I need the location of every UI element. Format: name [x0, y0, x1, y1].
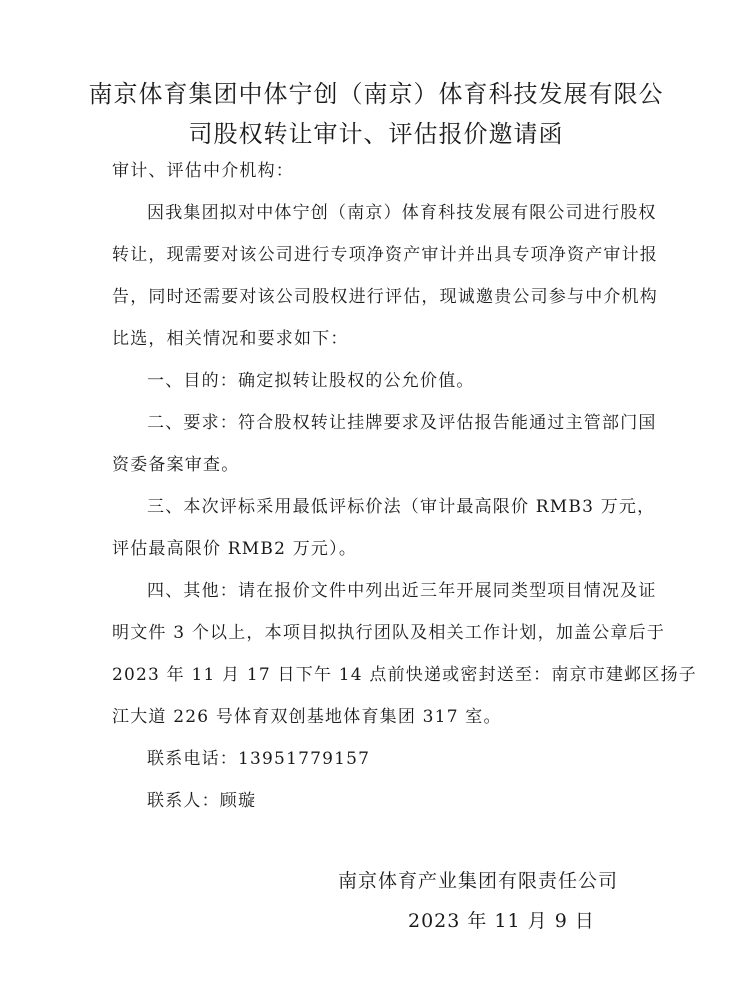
signature-organization: 南京体育产业集团有限责任公司	[338, 866, 618, 893]
intro-line-4: 比选，相关情况和要求如下：	[112, 324, 349, 349]
intro-line-3: 告，同时还需要对该公司股权进行评估，现诚邀贵公司参与中介机构	[112, 282, 658, 307]
document-title-line-1: 南京体育集团中体宁创（南京）体育科技发展有限公	[0, 74, 752, 109]
item-1-purpose: 一、目的：确定拟转让股权的公允价值。	[147, 366, 475, 391]
item-4-other-line-2: 明文件 3 个以上，本项目拟执行团队及相关工作计划，加盖公章后于	[112, 618, 665, 643]
salutation: 审计、评估中介机构：	[112, 156, 294, 181]
item-3-evaluation-line-1: 三、本次评标采用最低评标价法（审计最高限价 RMB3 万元，	[147, 492, 655, 517]
signature-date: 2023 年 11 月 9 日	[408, 906, 595, 933]
contact-person: 联系人：顾璇	[147, 786, 256, 811]
document-title-line-2: 司股权转让审计、评估报价邀请函	[0, 114, 752, 149]
item-3-evaluation-line-2: 评估最高限价 RMB2 万元）。	[112, 534, 357, 559]
item-4-other-line-3: 2023 年 11 月 17 日下午 14 点前快递或密封送至：南京市建邺区扬子	[112, 660, 697, 685]
intro-line-1: 因我集团拟对中体宁创（南京）体育科技发展有限公司进行股权	[147, 198, 657, 223]
item-4-other-line-4: 江大道 226 号体育双创基地体育集团 317 室。	[112, 702, 502, 727]
item-2-requirements-line-1: 二、要求：符合股权转让挂牌要求及评估报告能通过主管部门国	[147, 408, 657, 433]
intro-line-2: 转让，现需要对该公司进行专项净资产审计并出具专项净资产审计报	[112, 240, 658, 265]
item-4-other-line-1: 四、其他：请在报价文件中列出近三年开展同类型项目情况及证	[147, 576, 657, 601]
item-2-requirements-line-2: 资委备案审查。	[112, 450, 239, 475]
contact-phone: 联系电话：13951779157	[147, 744, 370, 769]
